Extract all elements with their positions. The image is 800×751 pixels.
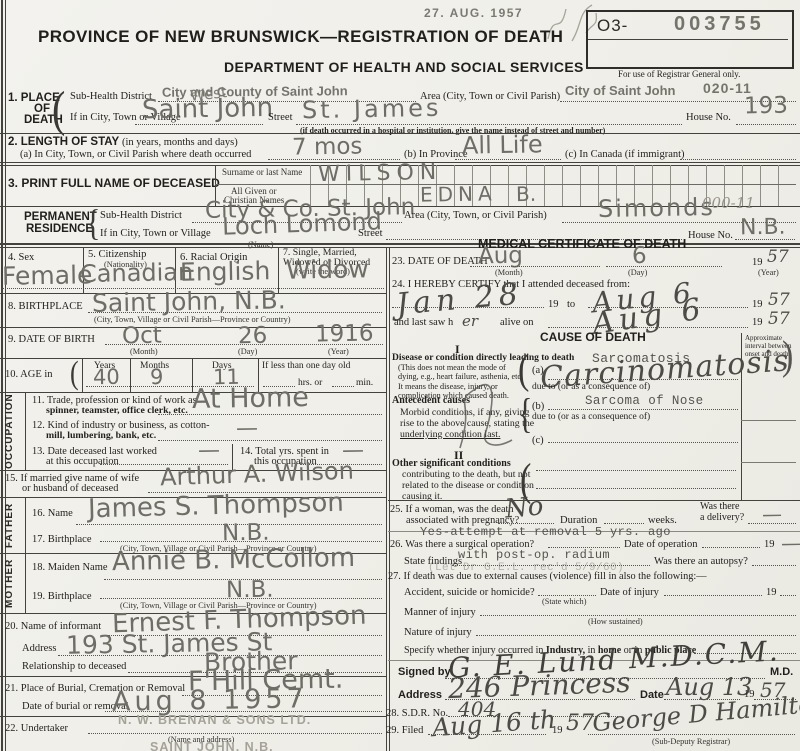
street-label: Street [268, 112, 293, 123]
interval-rule [741, 420, 796, 421]
sub-deputy-registrar-sub: (Sub-Deputy Registrar) [652, 737, 730, 746]
md-label: M.D. [770, 666, 793, 678]
given-name-value: EDNA [420, 181, 497, 206]
delivery-label-1: Was there [700, 501, 739, 512]
stay-heading-note: (in years, months and days) [122, 137, 238, 148]
dotted-line [100, 541, 382, 542]
dob-year-sub: (Year) [328, 347, 349, 356]
other-conditions-note-2: related to the disease or condition [402, 480, 534, 491]
cause-b-dueto: due to (or as a consequence of) [532, 412, 650, 422]
box-divider [588, 39, 788, 40]
age-less-label: If less than one day old [262, 361, 350, 371]
residence-house-label: House No. [688, 230, 733, 241]
sub-district-label: Sub-Health District [70, 91, 152, 102]
father-section-label: FATHER [4, 498, 20, 552]
certify-to-year-printed: 19 [752, 299, 763, 310]
age-label: 10. AGE in [5, 369, 53, 380]
dotted-line [536, 488, 736, 489]
interval-rule [741, 462, 796, 463]
industry-label-2: mill, lumbering, bank, etc. [46, 430, 156, 441]
industry-value: — [236, 416, 258, 441]
dod-day-sub: (Day) [628, 268, 647, 277]
section-rule [0, 133, 800, 134]
certify-to-year: 57 [768, 290, 790, 310]
dod-year-value: 57 [767, 247, 789, 267]
vertical-label-divider [25, 497, 26, 553]
mother-birthplace-value: N.B. [226, 577, 274, 604]
dotted-line [332, 386, 354, 387]
nature-of-injury-label: Nature of injury [404, 627, 472, 638]
column-divider [389, 247, 390, 751]
lastsaw-year-printed: 19 [752, 317, 763, 328]
surname-label: Surname or last Name [222, 167, 302, 177]
birthplace-label: 8. BIRTHPLACE [8, 301, 83, 312]
operation-year-printed: 19 [764, 539, 775, 550]
racial-origin-value: English [180, 256, 271, 287]
lastsaw-year: 57 [768, 309, 790, 329]
dotted-line [480, 615, 796, 616]
dotted-line [664, 595, 762, 596]
trade-value: At Home [192, 382, 309, 415]
other-conditions-note-1: contributing to the death, but not [402, 469, 530, 480]
state-which-sub: (State which) [542, 597, 586, 606]
physician-address-label: Address [398, 689, 442, 701]
stay-heading: 2. LENGTH OF STAY [8, 136, 119, 148]
dotted-line [735, 239, 795, 240]
dotted-line [736, 124, 796, 125]
dod-year-printed: 19 [752, 257, 763, 268]
dotted-line [548, 379, 738, 380]
residence-sub-district-label: Sub-Health District [100, 210, 182, 221]
operation-date-label: Date of operation [624, 539, 697, 550]
area-value: City of Saint John [565, 83, 676, 98]
filed-year-printed: 19 [552, 725, 563, 736]
operation-dash: — [781, 531, 800, 555]
residence-area-value: Simonds [598, 193, 715, 223]
autopsy-label: Was there an autopsy? [654, 556, 748, 567]
signed-by-label: Signed by [398, 666, 451, 678]
dob-day-sub: (Day) [238, 347, 257, 356]
cause-a-dueto: due to (or as a consequence of) [532, 382, 650, 392]
certify-from-year-printed: 19 [548, 299, 559, 310]
undertaker-stamp-name: N. W. BRENAN & SONS LTD. [118, 713, 311, 727]
death-certificate-document: 27. AUG. 1957 PROVINCE OF NEW BRUNSWICK—… [0, 0, 800, 751]
form-title: PROVINCE OF NEW BRUNSWICK—REGISTRATION O… [38, 27, 563, 47]
age-min-label: min. [356, 378, 373, 388]
citizenship-value: Canadian [80, 258, 194, 288]
how-sustained-sub: (How sustained) [588, 617, 643, 626]
registration-prefix: O3- [597, 16, 628, 36]
father-birthplace-value: N.B. [222, 520, 270, 547]
city-overlay-west: West [189, 83, 228, 105]
dotted-line [748, 523, 796, 524]
received-date-stamp: 27. AUG. 1957 [424, 6, 523, 20]
findings-typed-value: with post-op. radium [458, 548, 610, 562]
residence-brace: { [86, 205, 100, 243]
dotted-line [268, 159, 400, 160]
manner-of-injury-label: Manner of injury [404, 607, 476, 618]
street-value: St. James [302, 94, 442, 124]
father-name-label: 16. Name [32, 508, 73, 519]
last-worked-value: — [198, 438, 220, 463]
dob-month: Oct [122, 323, 162, 350]
mother-maiden-label: 18. Maiden Name [32, 562, 108, 573]
dotted-line [606, 266, 722, 267]
residence-label-2: RESIDENCE [26, 223, 93, 235]
residence-house-value: N.B. [740, 215, 786, 241]
dotted-line [105, 711, 382, 712]
occupation-section-label: OCCUPATION [4, 393, 20, 469]
residence-name-sub: (Name) [248, 240, 273, 249]
dotted-line [88, 733, 382, 734]
row-rule [0, 358, 386, 359]
stay-c-label: (c) In Canada (if immigrant) [565, 149, 685, 160]
dotted-line [752, 565, 796, 566]
stay-a-label: (a) In City, Town, or Civil Parish where… [20, 149, 251, 160]
father-birthplace-label: 17. Birthplace [32, 534, 91, 545]
vertical-label-divider [25, 392, 26, 470]
column-divider [386, 247, 387, 751]
last-worked-label-2: at this occupation [46, 456, 119, 467]
dotted-line [680, 159, 796, 160]
dotted-line [455, 159, 561, 160]
registration-number: 003755 [674, 13, 765, 36]
stay-a-value: 7 mos [292, 133, 363, 160]
dotted-line [548, 327, 748, 328]
vertical-label-divider [25, 553, 26, 613]
lastsaw-post-label: alive on [500, 317, 534, 328]
dotted-line [135, 124, 263, 125]
name-heading: 3. PRINT FULL NAME OF DECEASED [8, 176, 220, 190]
informant-relationship-label: Relationship to deceased [22, 661, 126, 672]
dotted-line [588, 734, 795, 735]
middle-initial-value: B. [516, 182, 536, 206]
pregnancy-value: No [504, 491, 545, 524]
spouse-label-2: or husband of deceased [22, 483, 118, 494]
dotted-line [296, 124, 682, 125]
residence-area-label: Area (City, Town, or Civil Parish) [404, 210, 547, 221]
dotted-line [428, 734, 546, 735]
dotted-line [100, 598, 382, 599]
signed-date-label: Date [640, 689, 664, 701]
place-brace: ( [52, 84, 65, 134]
father-name-value: James S. Thompson [88, 488, 345, 525]
dob-day: 26 [238, 323, 268, 350]
informant-address-label: Address [22, 643, 56, 654]
dotted-line [158, 414, 382, 415]
stay-b-value: All Life [462, 130, 543, 159]
spouse-value: Arthur A. Wilson [160, 457, 355, 492]
dotted-line [538, 595, 596, 596]
age-brace: ( [70, 357, 79, 390]
dob-month-sub: (Month) [130, 347, 158, 356]
marital-value: Widow [286, 254, 369, 284]
dotted-line [702, 547, 760, 548]
binding-edge-line [1, 0, 3, 751]
certify-to-word: to [567, 299, 575, 310]
dotted-line [498, 523, 554, 524]
external-causes-heading: 27. If death was due to external causes … [388, 571, 707, 582]
undertaker-label: 22. Undertaker [5, 723, 68, 734]
dotted-line [536, 470, 736, 471]
cause-heading: CAUSE OF DEATH [540, 330, 646, 344]
date-of-injury-label: Date of injury [600, 587, 659, 598]
filed-label: 29. Filed [386, 725, 423, 736]
dod-month-sub: (Month) [495, 268, 523, 277]
residence-area-code: 000-11 [702, 194, 755, 212]
mother-birthplace-label: 19. Birthplace [32, 591, 91, 602]
injury-year-printed: 19 [766, 587, 777, 598]
lastsaw-er-value: er [462, 312, 478, 330]
dod-year-sub: (Year) [758, 268, 779, 277]
mother-maiden-value: Annie B. McCollom [112, 543, 356, 577]
dotted-line [88, 312, 382, 313]
dotted-line [548, 409, 738, 410]
department-heading: DEPARTMENT OF HEALTH AND SOCIAL SERVICES [224, 59, 584, 75]
accident-label: Accident, suicide or homicide? [404, 587, 535, 598]
cause-b-typed: Sarcoma of Nose [585, 394, 704, 408]
registrar-note: For use of Registrar General only. [618, 69, 740, 79]
operation-typed-answer: Yes-attempt at removal 5 yrs. ago [420, 525, 671, 539]
mother-section-label: MOTHER [4, 555, 20, 611]
house-no-value: 193 [744, 93, 788, 120]
dob-label: 9. DATE OF BIRTH [8, 334, 95, 345]
undertaker-stamp-city: SAINT JOHN, N.B. [150, 740, 274, 751]
pregnancy-label-1: 25. If a woman, was the death [390, 504, 514, 515]
filed-year-value: 57 [566, 711, 594, 736]
other-conditions-label: Other significant conditions [392, 458, 511, 469]
dotted-line [105, 344, 383, 345]
dotted-line [780, 595, 796, 596]
pen-flourish [438, 378, 548, 453]
residence-street-label: Street [358, 228, 383, 239]
house-no-label: House No. [686, 112, 731, 123]
residence-city-label: If in City, Town or Village [100, 228, 211, 239]
dotted-line [470, 266, 600, 267]
dotted-line [548, 442, 738, 443]
delivery-label-2: a delivery? [700, 512, 744, 523]
dotted-line [604, 523, 644, 524]
cell-divider [82, 358, 83, 392]
dotted-line [392, 307, 544, 308]
filed-date-value: Aug 16 th [431, 705, 557, 743]
lastsaw-pre-label: and last saw h [394, 317, 453, 328]
